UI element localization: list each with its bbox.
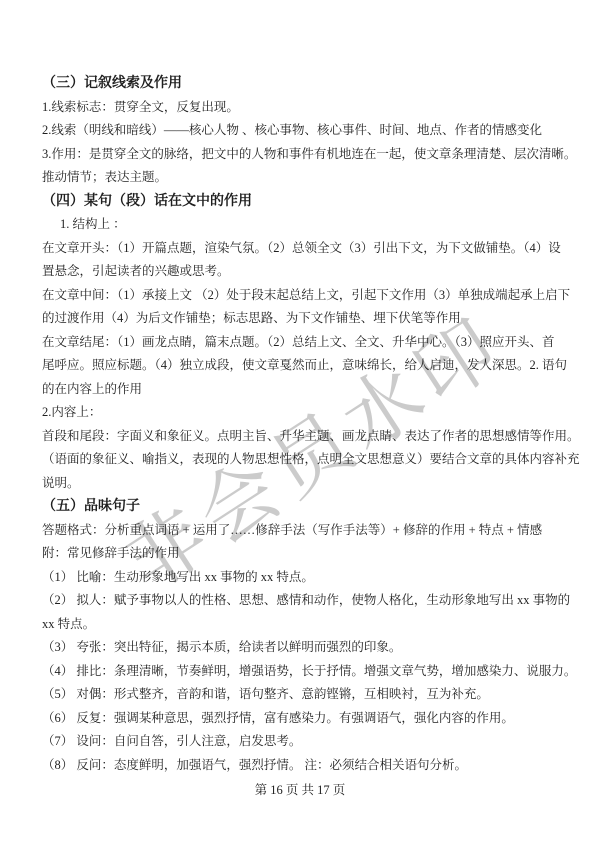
text-line: （2） 拟人：赋予事物以人的性格、思想、感情和动作，使物人格化，生动形象地写出 … [42,589,566,613]
text-line: 在文章结尾：（1）画龙点睛，篇末点题。（2）总结上文、全文、升华中心。（3）照应… [42,331,566,355]
text-line: （4） 排比：条理清晰，节奏鲜明，增强语势，长于抒情。增强文章气势，增加感染力、… [42,660,566,684]
text-line: xx 特点。 [42,613,566,637]
section-heading: （三）记叙线索及作用 [42,72,566,96]
text-line: （7） 设问：自问自答，引人注意，启发思考。 [42,730,566,754]
text-line: 尾呼应。照应标题。（4）独立成段，使文章戛然而止，意味绵长，给人启迪，发人深思。… [42,354,566,378]
text-line: 在文章中间：（1）承接上文 （2）处于段末起总结上文，引起下文作用（3）单独成端… [42,284,566,308]
text-line: 置悬念，引起读者的兴趣或思考。 [42,260,566,284]
document-page: 非会员水印 （三）记叙线索及作用 1.线索标志：贯穿全文，反复出现。 2.线索（… [0,0,600,848]
document-body: （三）记叙线索及作用 1.线索标志：贯穿全文，反复出现。 2.线索（明线和暗线）… [42,72,566,777]
text-line: （3） 夸张：突出特征，揭示本质，给读者以鲜明而强烈的印象。 [42,636,566,660]
text-line: 答题格式：分析重点词语 + 运用了……修辞手法（写作手法等）+ 修辞的作用 + … [42,519,566,543]
text-line: 2.线索（明线和暗线）——核心人物 、核心事物、核心事件、时间、地点、作者的情感… [42,119,566,143]
text-line: 在文章开头：（1）开篇点题，渲染气氛。（2）总领全文（3）引出下文，为下文做铺垫… [42,237,566,261]
text-line: 3.作用：是贯穿全文的脉络，把文中的人物和事件有机地连在一起，使文章条理清楚、层… [42,143,566,167]
section-heading: （四）某句（段）话在文中的作用 [42,190,566,214]
section-heading: （五）品味句子 [42,495,566,519]
text-line: （8） 反问：态度鲜明，加强语气，强烈抒情。 注：必须结合相关语句分析。 [42,754,566,778]
page-number: 第 16 页 共 17 页 [0,779,600,802]
text-line: 1. 结构上 ： [42,213,566,237]
text-line: （语面的象征义、喻指义，表现的人物思想性格，点明全文思想意义）要结合文章的具体内… [42,448,566,472]
text-line: 2.内容上： [42,401,566,425]
text-line: 首段和尾段：字面义和象征义。点明主旨、升华主题、画龙点睛、表达了作者的思想感情等… [42,425,566,449]
text-line: 附：常见修辞手法的作用 [42,542,566,566]
text-line: （5） 对偶：形式整齐，音韵和谐，语句整齐、意韵铿锵，互相映衬，互为补充。 [42,683,566,707]
text-line: （1） 比喻：生动形象地写出 xx 事物的 xx 特点。 [42,566,566,590]
text-line: 的过渡作用（4）为后文作铺垫；标志思路、为下文作铺垫、埋下伏笔等作用 [42,307,566,331]
text-line: 1.线索标志：贯穿全文，反复出现。 [42,96,566,120]
text-line: 说明。 [42,472,566,496]
text-line: （6） 反复：强调某种意思，强烈抒情，富有感染力。有强调语气，强化内容的作用。 [42,707,566,731]
text-line: 推动情节；表达主题。 [42,166,566,190]
text-line: 的在内容上的作用 [42,378,566,402]
